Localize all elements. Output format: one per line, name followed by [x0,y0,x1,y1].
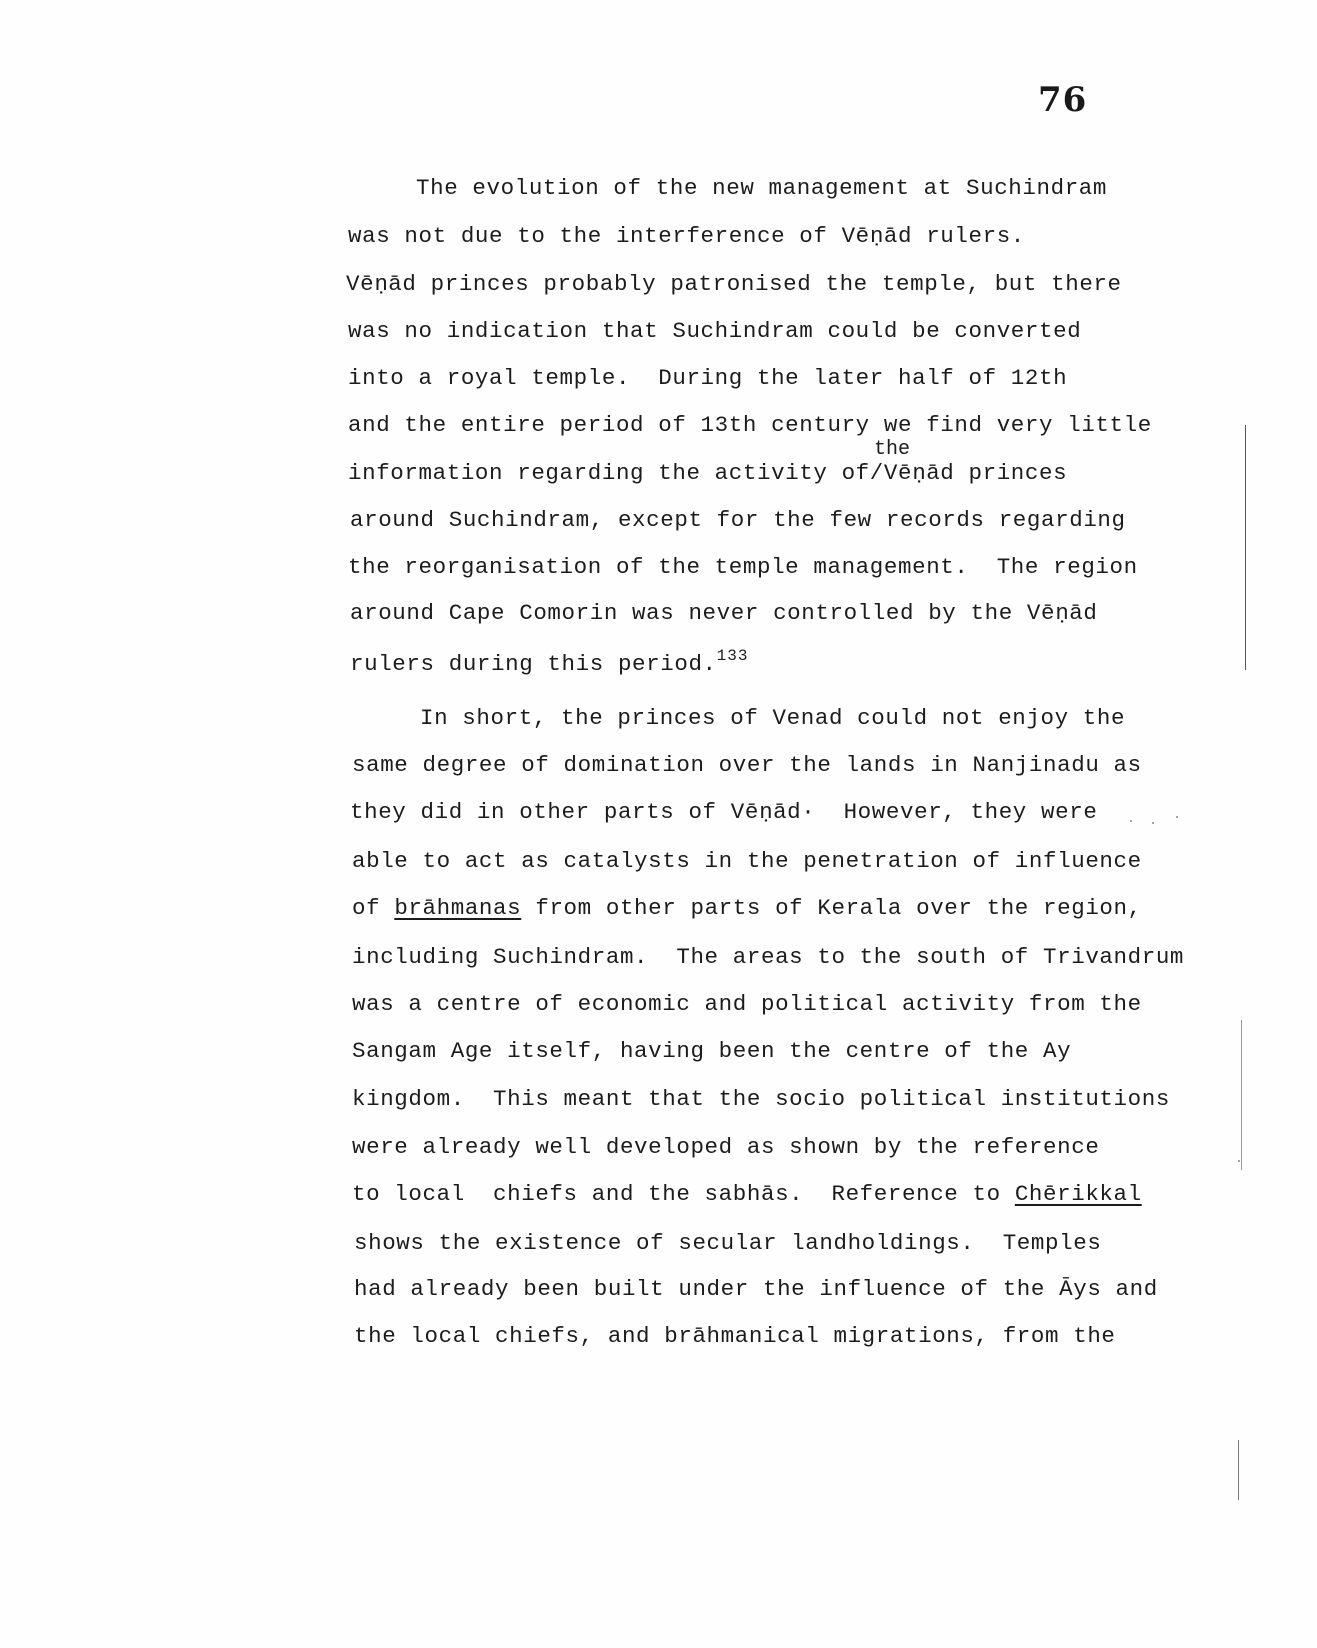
paragraph-2-line-9: kingdom. This meant that the socio polit… [352,1086,1170,1112]
paragraph-2-line-4: able to act as catalysts in the penetrat… [352,848,1142,874]
paragraph-2-line-12: shows the existence of secular landholdi… [354,1230,1101,1256]
paragraph-1-line-7: information regarding the activity of/Vē… [348,460,1067,486]
paragraph-2-line-7: was a centre of economic and political a… [352,991,1142,1017]
paragraph-2-line-8: Sangam Age itself, having been the centr… [352,1038,1071,1064]
paragraph-1-line-10: around Cape Comorin was never controlled… [350,600,1097,626]
paragraph-2-line-5: of brāhmanas from other parts of Kerala … [352,895,1142,921]
line-text-rest: from other parts of Kerala over the regi… [521,895,1142,921]
paragraph-2-line-3: they did in other parts of Vēṇād· Howeve… [350,799,1097,825]
scan-margin-line [1245,425,1246,670]
line-text: to local chiefs and the sabhās. Referenc… [352,1181,1015,1207]
line-text: of [352,895,394,921]
paragraph-2-line-2: same degree of domination over the lands… [352,752,1142,778]
paragraph-1-line-3: Vēṇād princes probably patronised the te… [346,271,1122,297]
paragraph-1-line-6: and the entire period of 13th century we… [348,412,1152,438]
paragraph-1-line-11: rulers during this period.133 [350,647,748,677]
paragraph-1-line-5: into a royal temple. During the later ha… [348,365,1067,391]
paragraph-1-line-1: The evolution of the new management at S… [416,175,1107,201]
page-number: 76 [1038,80,1087,120]
underlined-term-cherikkal: Chērikkal [1015,1181,1142,1207]
document-page: 76 The evolution of the new management a… [0,0,1317,1648]
paragraph-1-line-4: was no indication that Suchindram could … [348,318,1081,344]
scan-speck [1152,822,1154,824]
scan-speck [1130,820,1132,822]
paragraph-1-line-2: was not due to the interference of Vēṇād… [348,223,1025,249]
paragraph-2-line-11: to local chiefs and the sabhās. Referenc… [352,1181,1142,1207]
paragraph-2-line-6: including Suchindram. The areas to the s… [352,944,1184,970]
scan-speck [1238,1160,1240,1162]
scan-margin-line [1238,1440,1239,1500]
paragraph-1-line-8: around Suchindram, except for the few re… [350,507,1126,533]
line-text: rulers during this period. [350,651,717,677]
footnote-reference: 133 [717,647,749,665]
paragraph-2-line-10: were already well developed as shown by … [352,1134,1099,1160]
interlinear-insertion: the [874,438,910,461]
paragraph-2-line-13: had already been built under the influen… [354,1276,1158,1302]
underlined-term-brahmanas: brāhmanas [394,895,521,921]
paragraph-2-line-14: the local chiefs, and brāhmanical migrat… [354,1323,1116,1349]
paragraph-1-line-9: the reorganisation of the temple managem… [348,554,1138,580]
scan-speck [1176,816,1178,818]
paragraph-2-line-1: In short, the princes of Venad could not… [420,705,1125,731]
scan-margin-line [1241,1020,1242,1170]
